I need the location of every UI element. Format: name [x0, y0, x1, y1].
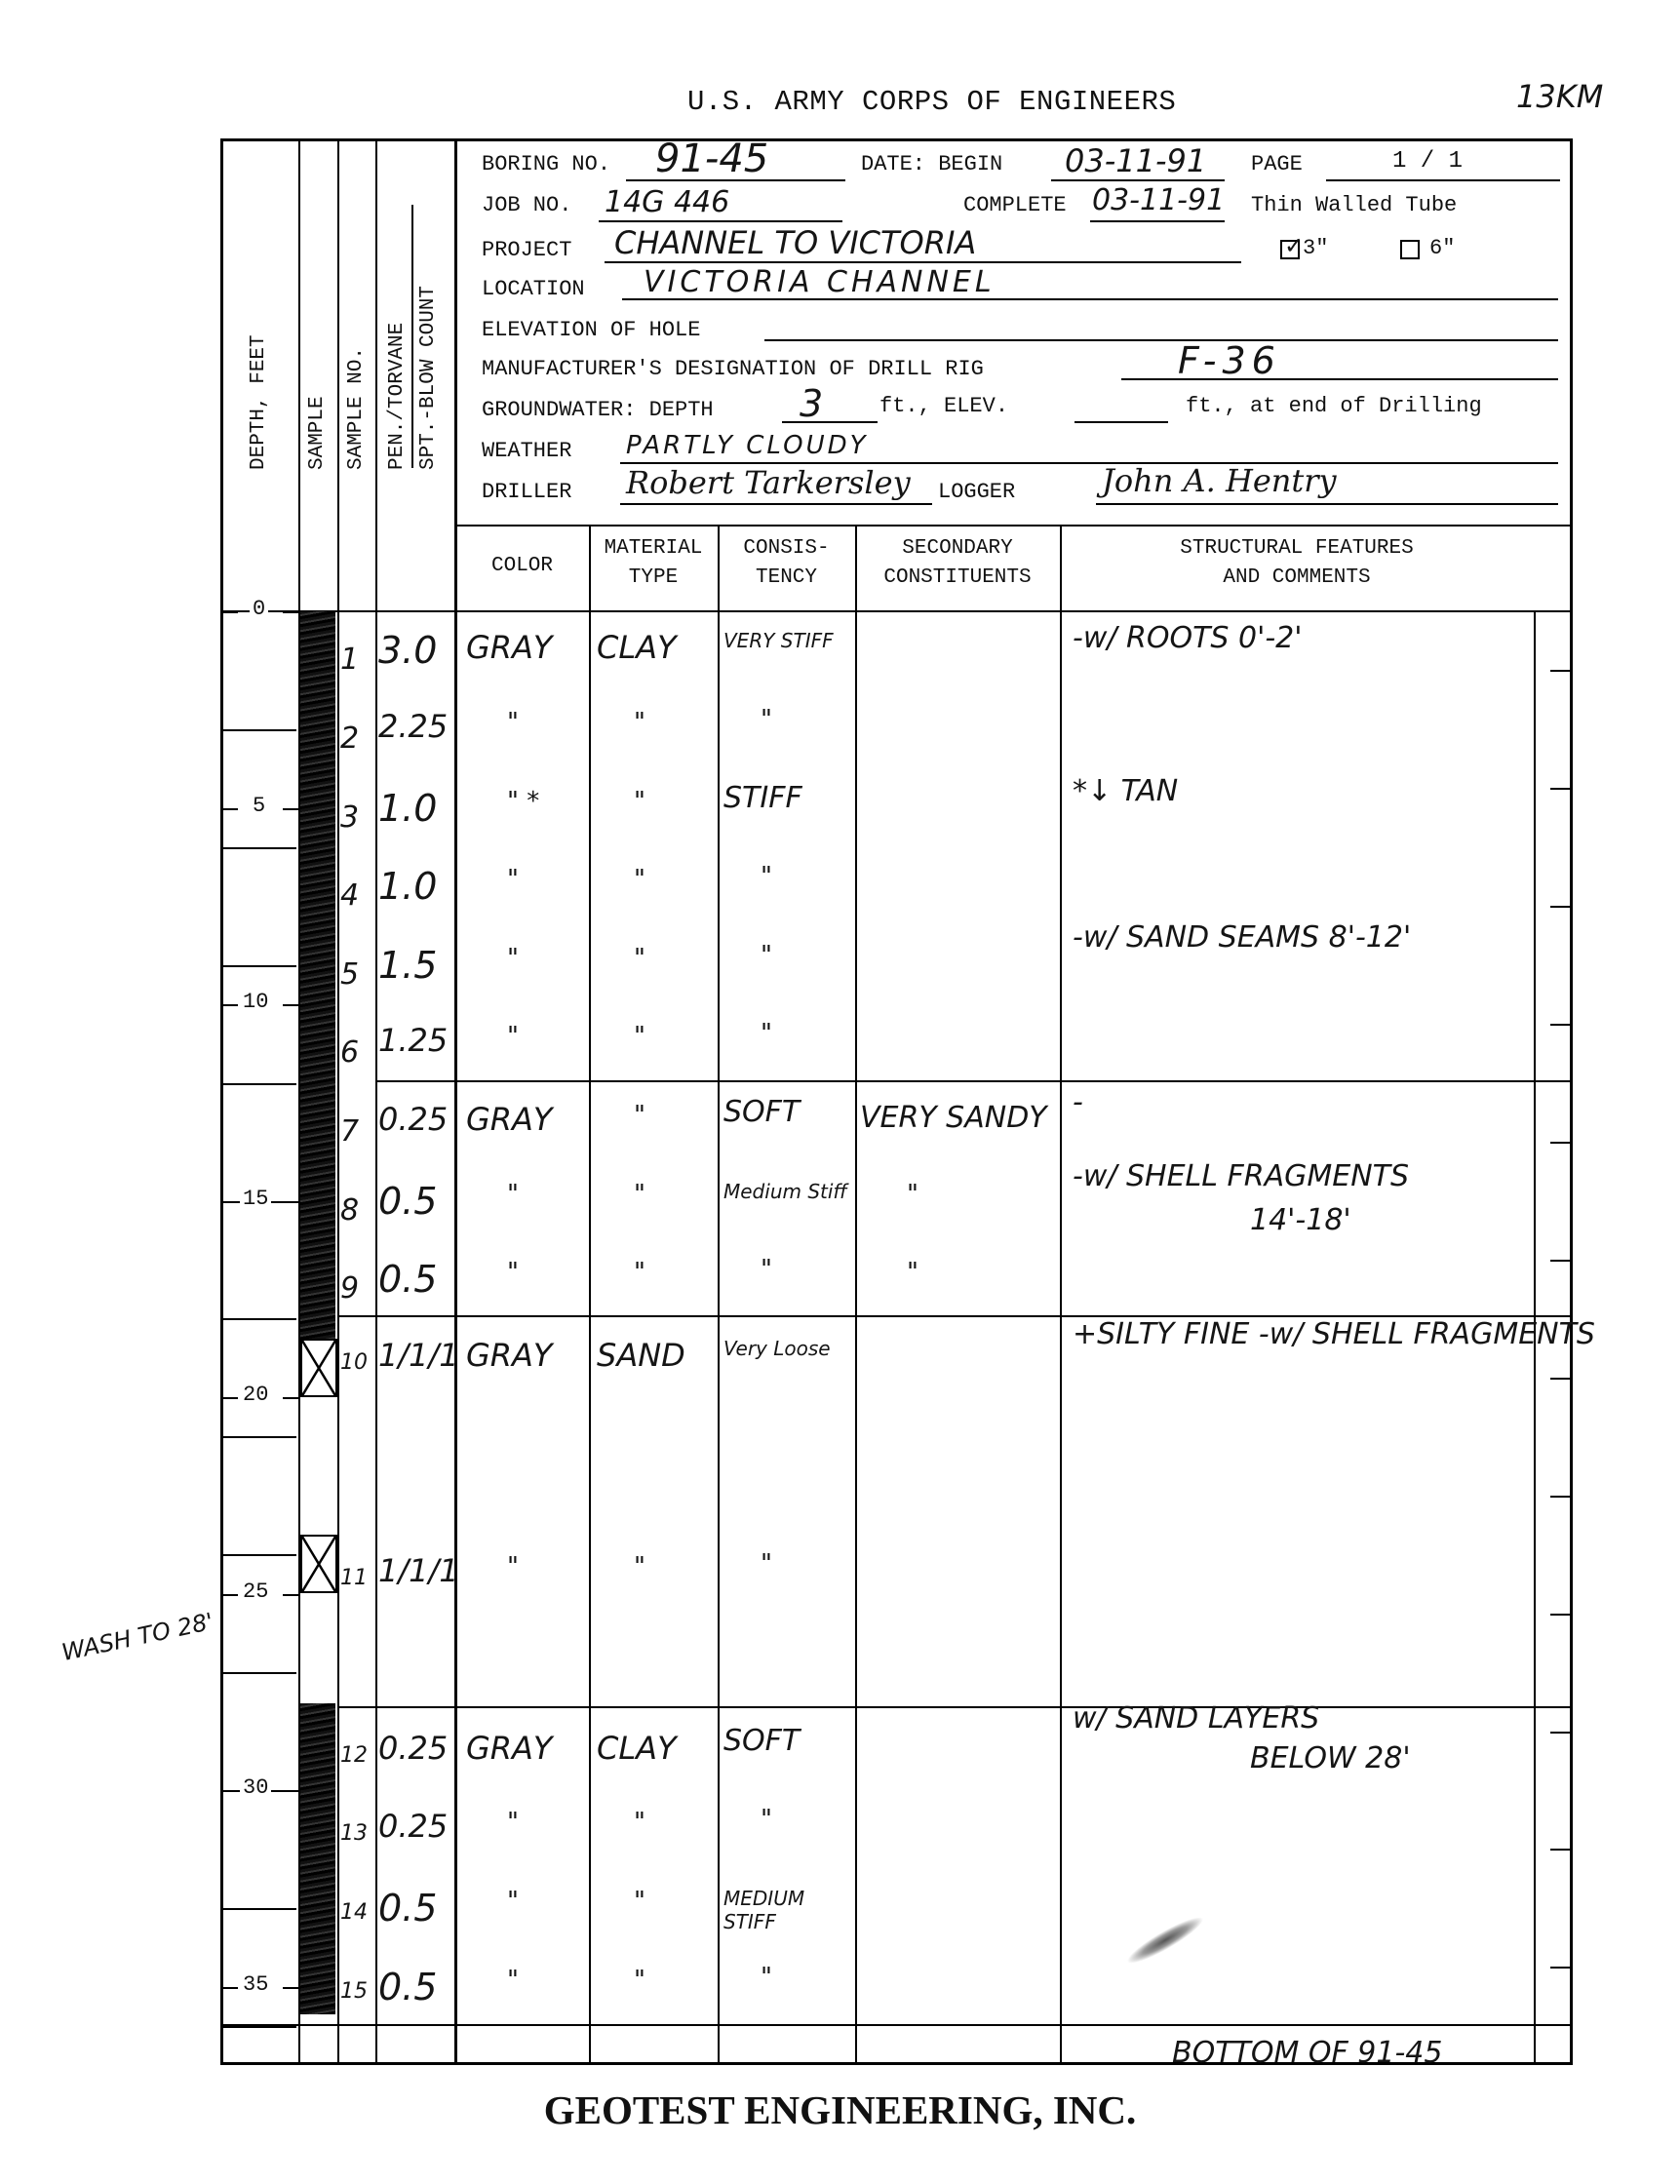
- column-header-depth: DEPTH, FEET: [248, 334, 270, 470]
- groundwater-depth-field[interactable]: 3: [800, 382, 823, 425]
- tube-sample-bar: [300, 611, 335, 1339]
- spt-sample-box: [300, 1339, 337, 1397]
- pen-torvane-value: 0.25: [378, 1730, 448, 1767]
- color-value: ": [507, 1887, 519, 1916]
- fraction-bar: [411, 205, 413, 468]
- weather-field[interactable]: PARTLY CLOUDY: [626, 431, 869, 460]
- driller-line: [620, 503, 932, 505]
- elevation-line[interactable]: [764, 339, 1558, 341]
- page-line: [1326, 179, 1560, 181]
- material-value: ": [634, 1887, 645, 1916]
- color-value: ": [507, 1180, 519, 1209]
- groundwater-label: GROUNDWATER: DEPTH: [482, 398, 714, 422]
- pen-torvane-value: 1.25: [378, 1022, 448, 1059]
- comment-text: +SILTY FINE -w/ SHELL FRAGMENTS: [1073, 1317, 1595, 1351]
- depth-label: 25: [240, 1579, 271, 1604]
- pen-torvane-value: 0.5: [378, 1180, 437, 1223]
- corner-note: 13KM: [1516, 78, 1603, 115]
- depth-major-tick: [283, 1201, 298, 1203]
- pen-torvane-value: 0.5: [378, 1887, 437, 1930]
- weather-label: WEATHER: [482, 439, 571, 463]
- divider: [454, 525, 1573, 526]
- material-value: ": [634, 1258, 645, 1287]
- sample-number: 9: [340, 1271, 359, 1306]
- material-line1: MATERIAL: [605, 537, 703, 560]
- consistency-value: Medium Stiff: [723, 1180, 852, 1203]
- color-value: ": [507, 1552, 519, 1581]
- material-value: ": [634, 1808, 645, 1837]
- pen-torvane-value: 0.25: [378, 1808, 448, 1845]
- page-field[interactable]: 1 / 1: [1392, 148, 1463, 175]
- right-tick: [1550, 906, 1572, 908]
- depth-label: 0: [250, 597, 268, 621]
- project-label: PROJECT: [482, 238, 571, 262]
- comment-text: BELOW 28': [1250, 1741, 1411, 1775]
- secondary-value: ": [907, 1258, 918, 1287]
- sample-number: 4: [340, 878, 359, 913]
- groundwater-depth-line: [782, 421, 878, 423]
- depth-label: 5: [250, 794, 268, 818]
- tube-sample-bar: [300, 1703, 335, 2013]
- sample-number: 14: [340, 1900, 368, 1925]
- consistency-value: VERY STIFF: [723, 629, 852, 652]
- depth-major-tick: [222, 611, 238, 613]
- depth-gridline: [222, 1083, 296, 1085]
- color-value: GRAY: [466, 1337, 552, 1374]
- material-value: ": [634, 1552, 645, 1581]
- divider: [589, 525, 591, 2065]
- column-header-pen-torvane: PEN./TORVANE: [386, 323, 409, 470]
- sample-number: 2: [340, 721, 359, 756]
- consistency-line1: CONSIS-: [743, 537, 829, 560]
- pen-torvane-value: 1.0: [378, 865, 437, 908]
- column-header-sample-no: SAMPLE NO.: [345, 347, 368, 470]
- stratum-boundary: [337, 1706, 1573, 1708]
- divider: [375, 138, 377, 2065]
- date-complete-line: [1090, 220, 1225, 222]
- depth-label: 15: [240, 1187, 271, 1211]
- end-of-drilling-label: ft., at end of Drilling: [1186, 394, 1482, 418]
- depth-gridline: [222, 1908, 296, 1910]
- date-begin-label: DATE: BEGIN: [861, 152, 1002, 176]
- material-value: ": [634, 1180, 645, 1209]
- color-value: ": [507, 708, 519, 737]
- column-header-structural: STRUCTURAL FEATURESAND COMMENTS: [1060, 534, 1534, 593]
- driller-signature[interactable]: Robert Tarkersley: [626, 464, 911, 501]
- right-tick: [1550, 1024, 1572, 1026]
- material-value: CLAY: [597, 629, 677, 666]
- comment-text: -w/ ROOTS 0'-2': [1073, 621, 1302, 655]
- depth-major-tick: [283, 808, 298, 810]
- column-header-material: MATERIALTYPE: [589, 534, 718, 593]
- comment-text: -: [1073, 1085, 1083, 1119]
- depth-gridline: [222, 2026, 296, 2028]
- sample-number: 15: [340, 1979, 368, 2004]
- tube-3in-checkbox[interactable]: ✓: [1280, 240, 1300, 259]
- column-header-spt-blow-count: SPT.-BLOW COUNT: [417, 286, 440, 470]
- consistency-value: SOFT: [723, 1730, 852, 1753]
- sample-number: 5: [340, 957, 359, 992]
- depth-label: 35: [240, 1972, 271, 1997]
- date-complete-field[interactable]: 03-11-91: [1092, 183, 1225, 217]
- consistency-value: ": [761, 944, 889, 967]
- comment-text: 14'-18': [1250, 1203, 1351, 1237]
- color-value: ": [507, 1808, 519, 1837]
- pen-torvane-value: 1.0: [378, 787, 437, 830]
- pen-torvane-value: 1/1/1: [378, 1552, 459, 1589]
- consistency-value: ": [761, 865, 889, 888]
- material-value: ": [634, 1966, 645, 1995]
- secondary-value: VERY SANDY: [860, 1101, 1047, 1135]
- consistency-value: Very Loose: [723, 1337, 852, 1360]
- side-note: WASH TO 28': [59, 1608, 216, 1666]
- color-value: " *: [507, 787, 539, 816]
- groundwater-elev-line[interactable]: [1074, 421, 1168, 423]
- secondary-line2: CONSTITUENTS: [883, 566, 1031, 589]
- sample-number: 12: [340, 1743, 368, 1768]
- spt-sample-box: [300, 1535, 337, 1593]
- structural-line2: AND COMMENTS: [1223, 566, 1370, 589]
- tube-6in-label: 6": [1429, 236, 1455, 260]
- tube-label: Thin Walled Tube: [1251, 193, 1457, 217]
- depth-major-tick: [222, 1790, 238, 1792]
- company-footer: GEOTEST ENGINEERING, INC.: [0, 2086, 1680, 2133]
- pen-torvane-value: 1.5: [378, 944, 437, 987]
- location-field[interactable]: VICTORIA CHANNEL: [644, 265, 996, 299]
- job-no-field[interactable]: 14G 446: [605, 185, 729, 219]
- color-value: ": [507, 865, 519, 894]
- material-value: SAND: [597, 1337, 685, 1374]
- depth-major-tick: [283, 1987, 298, 1989]
- consistency-value: ": [761, 1808, 889, 1831]
- right-tick: [1550, 788, 1572, 790]
- x-mark-icon: [302, 1537, 335, 1591]
- boring-no-field[interactable]: 91-45: [655, 136, 768, 181]
- pen-torvane-value: 1/1/1: [378, 1337, 459, 1374]
- pen-torvane-value: 3.0: [378, 629, 437, 672]
- color-value: GRAY: [466, 1730, 552, 1767]
- agency-title: U.S. ARMY CORPS OF ENGINEERS: [687, 86, 1176, 118]
- column-header-color: COLOR: [455, 552, 589, 581]
- material-value: CLAY: [597, 1730, 677, 1767]
- comment-text: -w/ SAND SEAMS 8'-12': [1073, 920, 1411, 955]
- depth-major-tick: [283, 1397, 298, 1399]
- depth-gridline: [222, 965, 296, 967]
- drill-rig-label: MANUFACTURER'S DESIGNATION OF DRILL RIG: [482, 357, 984, 381]
- consistency-line2: TENCY: [756, 566, 817, 589]
- sample-number: 1: [340, 643, 359, 677]
- right-tick: [1550, 1378, 1572, 1380]
- depth-major-tick: [222, 1004, 238, 1006]
- depth-gridline: [222, 1318, 296, 1320]
- x-mark-icon: [302, 1341, 335, 1395]
- stratum-boundary: [220, 2024, 1573, 2026]
- depth-major-tick: [222, 1594, 238, 1596]
- pen-torvane-value: 0.5: [378, 1258, 437, 1301]
- pen-torvane-value: 2.25: [378, 708, 448, 745]
- material-value: ": [634, 1022, 645, 1051]
- tube-6in-checkbox[interactable]: [1400, 240, 1420, 259]
- pen-torvane-value: 0.25: [378, 1101, 448, 1138]
- date-begin-line: [1051, 179, 1225, 181]
- divider: [220, 610, 1573, 612]
- color-value: ": [507, 944, 519, 973]
- right-tick: [1550, 1142, 1572, 1144]
- depth-gridline: [222, 1554, 296, 1556]
- right-tick: [1550, 1260, 1572, 1262]
- column-header-consistency: CONSIS-TENCY: [718, 534, 855, 593]
- depth-major-tick: [222, 1987, 238, 1989]
- right-tick: [1550, 1614, 1572, 1616]
- job-no-label: JOB NO.: [482, 193, 571, 217]
- column-header-secondary: SECONDARYCONSTITUENTS: [855, 534, 1060, 593]
- comment-text: w/ SAND LAYERS: [1073, 1701, 1319, 1735]
- depth-major-tick: [283, 1004, 298, 1006]
- sample-number: 11: [340, 1566, 368, 1590]
- sample-number: 8: [340, 1193, 359, 1228]
- depth-label: 30: [240, 1775, 271, 1800]
- drill-rig-field[interactable]: F-36: [1178, 339, 1281, 382]
- material-value: ": [634, 708, 645, 737]
- consistency-value: MEDIUM STIFF: [723, 1887, 852, 1933]
- job-no-line: [599, 220, 842, 222]
- material-line2: TYPE: [629, 566, 678, 589]
- stratum-boundary: [375, 1080, 1573, 1082]
- divider: [718, 525, 720, 2065]
- consistency-value: SOFT: [723, 1101, 852, 1124]
- material-value: ": [634, 865, 645, 894]
- depth-gridline: [222, 1672, 296, 1674]
- sample-number: 13: [340, 1821, 368, 1846]
- right-tick: [1550, 1967, 1572, 1969]
- right-tick: [1550, 1496, 1572, 1498]
- divider: [454, 138, 457, 2065]
- depth-gridline: [222, 1436, 296, 1438]
- tube-3in-label: 3": [1303, 236, 1328, 260]
- column-header-sample: SAMPLE: [306, 396, 329, 470]
- right-tick: [1550, 1732, 1572, 1734]
- depth-label: 20: [240, 1383, 271, 1407]
- depth-gridline: [222, 729, 296, 731]
- logger-line: [1096, 503, 1558, 505]
- color-value: ": [507, 1022, 519, 1051]
- consistency-value: ": [761, 708, 889, 731]
- right-tick: [1550, 670, 1572, 672]
- page-label: PAGE: [1251, 152, 1303, 176]
- depth-major-tick: [222, 808, 238, 810]
- consistency-value: ": [761, 1552, 889, 1576]
- material-value: ": [634, 944, 645, 973]
- divider: [855, 525, 857, 2065]
- material-value: ": [634, 787, 645, 816]
- color-value: ": [507, 1258, 519, 1287]
- divider: [337, 138, 339, 2065]
- depth-major-tick: [283, 611, 298, 613]
- consistency-value: ": [761, 1258, 889, 1281]
- structural-line1: STRUCTURAL FEATURES: [1180, 537, 1413, 560]
- elevation-label: ELEVATION OF HOLE: [482, 318, 700, 342]
- sample-number: 6: [340, 1035, 359, 1070]
- driller-label: DRILLER: [482, 480, 571, 504]
- ft-elev-label: ft., ELEV.: [879, 394, 1008, 418]
- depth-major-tick: [222, 1397, 238, 1399]
- consistency-value: ": [761, 1022, 889, 1045]
- material-value: ": [634, 1101, 645, 1130]
- depth-gridline: [222, 847, 296, 849]
- project-line: [605, 261, 1241, 263]
- color-value: GRAY: [466, 1101, 552, 1138]
- logger-label: LOGGER: [938, 480, 1015, 504]
- sample-number: 3: [340, 800, 359, 835]
- comment-text: BOTTOM OF 91-45: [1172, 2036, 1442, 2070]
- sample-number: 7: [340, 1114, 359, 1149]
- consistency-value: STIFF: [723, 787, 852, 810]
- color-value: GRAY: [466, 629, 552, 666]
- date-begin-field[interactable]: 03-11-91: [1065, 142, 1206, 179]
- divider: [1060, 525, 1062, 2065]
- depth-major-tick: [222, 1201, 238, 1203]
- consistency-value: ": [761, 1966, 889, 1989]
- secondary-value: ": [907, 1180, 918, 1209]
- location-label: LOCATION: [482, 277, 585, 301]
- logger-signature[interactable]: John A. Hentry: [1102, 462, 1337, 499]
- boring-no-label: BORING NO.: [482, 152, 610, 176]
- sample-number: 10: [340, 1350, 368, 1375]
- comment-text: -w/ SHELL FRAGMENTS: [1073, 1159, 1409, 1193]
- complete-label: COMPLETE: [963, 193, 1067, 217]
- comment-text: *↓ TAN: [1073, 774, 1178, 808]
- depth-major-tick: [283, 1790, 298, 1792]
- pen-torvane-value: 0.5: [378, 1966, 437, 2008]
- secondary-line1: SECONDARY: [902, 537, 1012, 560]
- depth-label: 10: [240, 990, 271, 1014]
- depth-major-tick: [283, 1594, 298, 1596]
- project-field[interactable]: CHANNEL TO VICTORIA: [614, 224, 976, 261]
- color-value: ": [507, 1966, 519, 1995]
- right-tick: [1550, 1849, 1572, 1851]
